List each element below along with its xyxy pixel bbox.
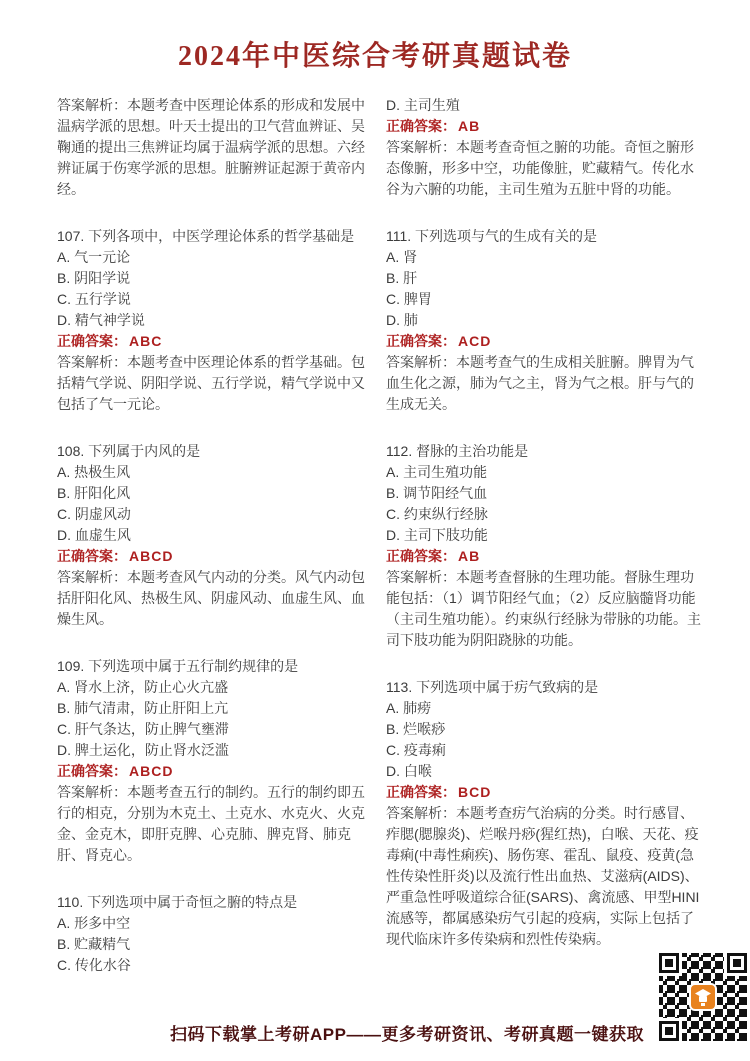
option-c: C. 五行学说 xyxy=(57,289,375,310)
correct-answer-value: ACD xyxy=(456,333,491,349)
correct-answer-label: 正确答案： xyxy=(57,333,127,349)
option-d: D. 主司生殖 xyxy=(386,95,704,116)
answer-explanation: 答案解析：本题考查风气内动的分类。风气内动包括肝阳化风、热极生风、阴虚风动、血虚… xyxy=(57,567,375,630)
correct-answer-value: ABCD xyxy=(127,763,173,779)
qr-code-icon xyxy=(659,953,747,1041)
question-112: 112. 督脉的主治功能是 A. 主司生殖功能 B. 调节阳经气血 C. 约束纵… xyxy=(386,441,704,651)
question-108: 108. 下列属于内风的是 A. 热极生风 B. 肝阳化风 C. 阴虚风动 D.… xyxy=(57,441,375,630)
correct-answer-line: 正确答案：ACD xyxy=(386,331,704,352)
correct-answer-label: 正确答案： xyxy=(386,548,456,564)
answer-explanation: 答案解析：本题考查五行的制约。五行的制约即五行的相克，分别为木克土、土克水、水克… xyxy=(57,782,375,866)
option-c: C. 阴虚风动 xyxy=(57,504,375,525)
correct-answer-label: 正确答案： xyxy=(386,784,456,800)
qr-logo-icon xyxy=(690,984,716,1010)
question-stem: 108. 下列属于内风的是 xyxy=(57,441,375,462)
option-d: D. 白喉 xyxy=(386,761,704,782)
option-a: A. 主司生殖功能 xyxy=(386,462,704,483)
correct-answer-line: 正确答案：ABCD xyxy=(57,546,375,567)
correct-answer-label: 正确答案： xyxy=(57,763,127,779)
question-stem: 113. 下列选项中属于疠气致病的是 xyxy=(386,677,704,698)
question-110: 110. 下列选项中属于奇恒之腑的特点是 A. 形多中空 B. 贮藏精气 C. … xyxy=(57,892,375,976)
question-stem: 112. 督脉的主治功能是 xyxy=(386,441,704,462)
option-d: D. 主司下肢功能 xyxy=(386,525,704,546)
correct-answer-line: 正确答案：ABC xyxy=(57,331,375,352)
correct-answer-label: 正确答案： xyxy=(386,333,456,349)
question-109: 109. 下列选项中属于五行制约规律的是 A. 肾水上济，防止心火亢盛 B. 肺… xyxy=(57,656,375,866)
option-a: A. 气一元论 xyxy=(57,247,375,268)
answer-explanation: 答案解析：本题考查中医理论体系的形成和发展中温病学派的思想。叶天士提出的卫气营血… xyxy=(57,95,375,200)
answer-explanation: 答案解析：本题考查疠气治病的分类。时行感冒、痄腮(腮腺炎)、烂喉丹痧(猩红热)，… xyxy=(386,803,704,950)
option-b: B. 肝阳化风 xyxy=(57,483,375,504)
option-a: A. 形多中空 xyxy=(57,913,375,934)
option-d: D. 脾土运化，防止肾水泛滥 xyxy=(57,740,375,761)
carryover-explanation-block: 答案解析：本题考查中医理论体系的形成和发展中温病学派的思想。叶天士提出的卫气营血… xyxy=(57,95,375,200)
correct-answer-line: 正确答案：ABCD xyxy=(57,761,375,782)
correct-answer-line: 正确答案：AB xyxy=(386,546,704,567)
question-107: 107. 下列各项中，中医学理论体系的哲学基础是 A. 气一元论 B. 阴阳学说… xyxy=(57,226,375,415)
option-c: C. 脾胃 xyxy=(386,289,704,310)
option-a: A. 肾 xyxy=(386,247,704,268)
question-113: 113. 下列选项中属于疠气致病的是 A. 肺痨 B. 烂喉痧 C. 疫毒痢 D… xyxy=(386,677,704,950)
option-b: B. 烂喉痧 xyxy=(386,719,704,740)
option-b: B. 肝 xyxy=(386,268,704,289)
correct-answer-value: ABCD xyxy=(127,548,173,564)
answer-explanation: 答案解析：本题考查督脉的生理功能。督脉生理功能包括：（1）调节阳经气血；（2）反… xyxy=(386,567,704,651)
answer-explanation: 答案解析：本题考查中医理论体系的哲学基础。包括精气学说、阴阳学说、五行学说，精气… xyxy=(57,352,375,415)
option-d: D. 精气神学说 xyxy=(57,310,375,331)
option-b: B. 肺气清肃，防止肝阳上亢 xyxy=(57,698,375,719)
exam-document-page: 2024年中医综合考研真题试卷 答案解析：本题考查中医理论体系的形成和发展中温病… xyxy=(0,0,750,1061)
question-110-continuation: D. 主司生殖 正确答案：AB 答案解析：本题考查奇恒之腑的功能。奇恒之腑形态像… xyxy=(386,95,704,200)
footer-caption: 扫码下载掌上考研APP——更多考研资讯、考研真题一键获取 xyxy=(170,1020,644,1045)
option-b: B. 调节阳经气血 xyxy=(386,483,704,504)
option-a: A. 肾水上济，防止心火亢盛 xyxy=(57,677,375,698)
right-column: D. 主司生殖 正确答案：AB 答案解析：本题考查奇恒之腑的功能。奇恒之腑形态像… xyxy=(386,95,704,976)
option-a: A. 肺痨 xyxy=(386,698,704,719)
option-c: C. 约束纵行经脉 xyxy=(386,504,704,525)
correct-answer-value: ABC xyxy=(127,333,162,349)
correct-answer-value: BCD xyxy=(456,784,491,800)
option-d: D. 血虚生风 xyxy=(57,525,375,546)
left-column: 答案解析：本题考查中医理论体系的形成和发展中温病学派的思想。叶天士提出的卫气营血… xyxy=(57,95,375,1002)
option-d: D. 肺 xyxy=(386,310,704,331)
option-b: B. 贮藏精气 xyxy=(57,934,375,955)
question-stem: 107. 下列各项中，中医学理论体系的哲学基础是 xyxy=(57,226,375,247)
question-stem: 110. 下列选项中属于奇恒之腑的特点是 xyxy=(57,892,375,913)
correct-answer-label: 正确答案： xyxy=(57,548,127,564)
question-111: 111. 下列选项与气的生成有关的是 A. 肾 B. 肝 C. 脾胃 D. 肺 … xyxy=(386,226,704,415)
correct-answer-value: AB xyxy=(456,548,480,564)
question-stem: 109. 下列选项中属于五行制约规律的是 xyxy=(57,656,375,677)
option-b: B. 阴阳学说 xyxy=(57,268,375,289)
option-c: C. 疫毒痢 xyxy=(386,740,704,761)
page-title: 2024年中医综合考研真题试卷 xyxy=(0,34,750,74)
option-c: C. 肝气条达，防止脾气壅滞 xyxy=(57,719,375,740)
question-stem: 111. 下列选项与气的生成有关的是 xyxy=(386,226,704,247)
correct-answer-value: AB xyxy=(456,118,480,134)
correct-answer-line: 正确答案：BCD xyxy=(386,782,704,803)
correct-answer-label: 正确答案： xyxy=(386,118,456,134)
option-c: C. 传化水谷 xyxy=(57,955,375,976)
answer-explanation: 答案解析：本题考查奇恒之腑的功能。奇恒之腑形态像腑，形多中空，功能像脏，贮藏精气… xyxy=(386,137,704,200)
answer-explanation: 答案解析：本题考查气的生成相关脏腑。脾胃为气血生化之源，肺为气之主，肾为气之根。… xyxy=(386,352,704,415)
correct-answer-line: 正确答案：AB xyxy=(386,116,704,137)
option-a: A. 热极生风 xyxy=(57,462,375,483)
